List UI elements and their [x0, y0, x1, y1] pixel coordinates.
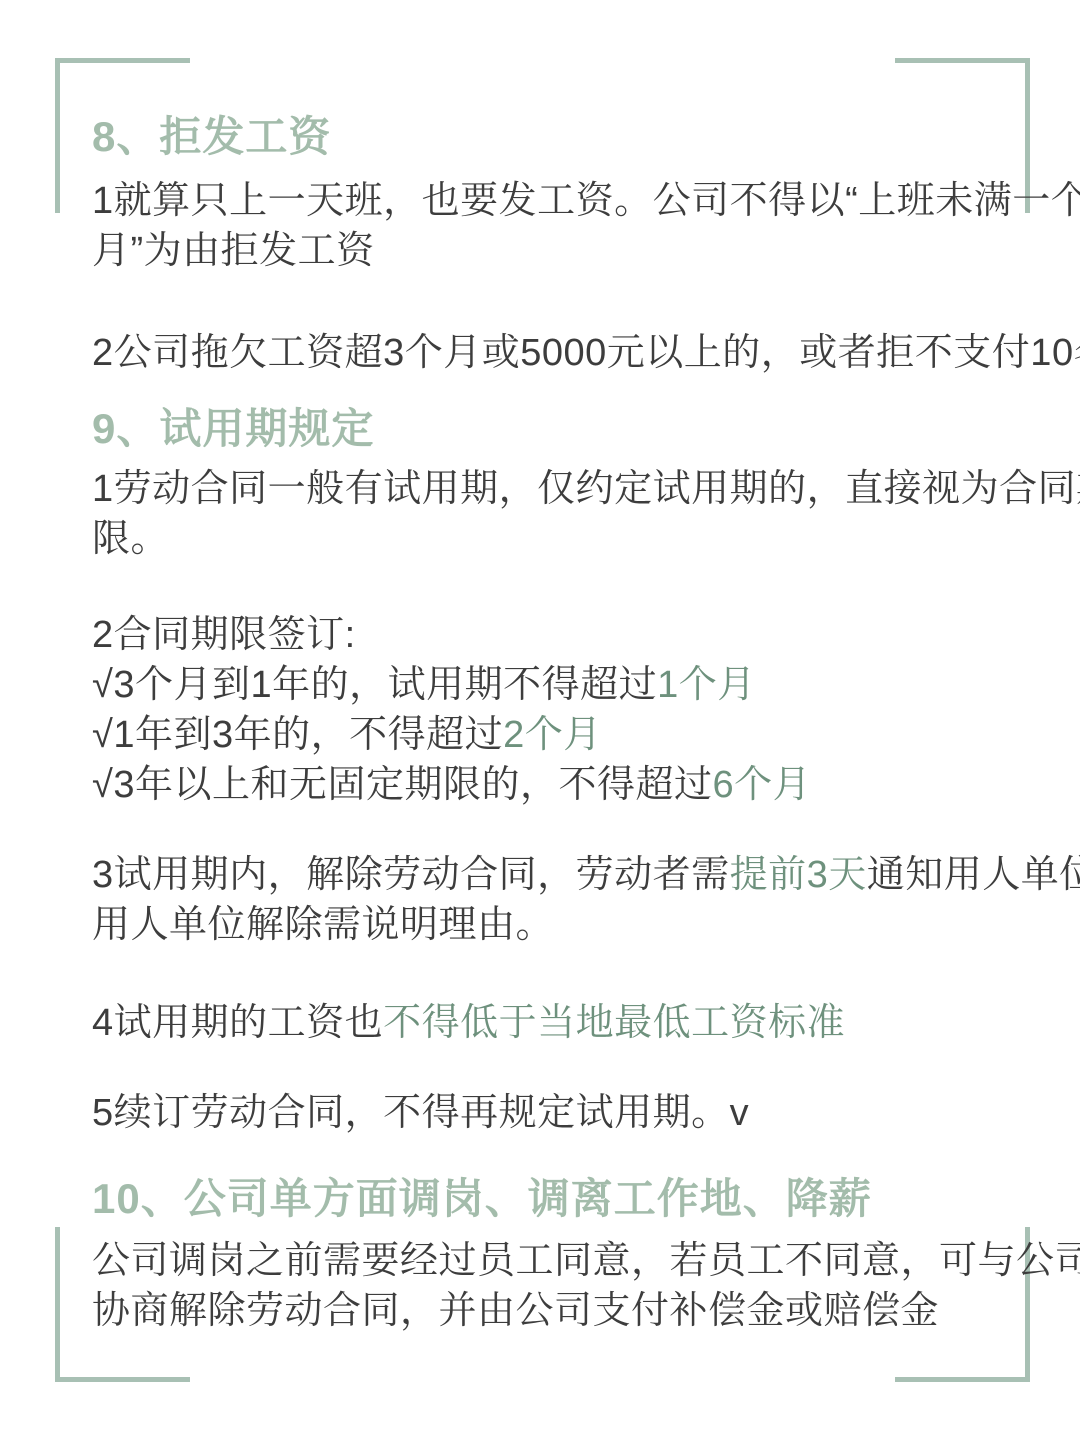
- highlight-run: 6个月: [713, 764, 812, 806]
- infographic-page: 8、拒发工资 1就算只上一天班，也要发工资。公司不得以“上班未满一个 月”为由拒…: [0, 0, 1080, 1440]
- text-run: 2合同期限签订:: [92, 614, 356, 656]
- paragraph-probation-general: 1劳动合同一般有试用期，仅约定试用期的，直接视为合同期 限。: [92, 464, 1008, 564]
- text-line: 5续订劳动合同，不得再规定试用期。v: [92, 1088, 1008, 1138]
- text-line: 4试用期的工资也不得低于当地最低工资标准: [92, 998, 1008, 1048]
- text-line: 2合同期限签订:: [92, 610, 1008, 660]
- text-line: 1劳动合同一般有试用期，仅约定试用期的，直接视为合同期: [92, 464, 1008, 514]
- section-heading-9: 9、试用期规定: [92, 404, 1008, 454]
- article-content: 8、拒发工资 1就算只上一天班，也要发工资。公司不得以“上班未满一个 月”为由拒…: [92, 112, 1008, 1336]
- checklist-item: √3年以上和无固定期限的，不得超过6个月: [92, 760, 1008, 810]
- text-line: 1就算只上一天班，也要发工资。公司不得以“上班未满一个: [92, 176, 1008, 226]
- text-run: √1年到3年的，不得超过: [92, 714, 503, 756]
- checklist-item: √1年到3年的，不得超过2个月: [92, 710, 1008, 760]
- paragraph-probation-termination: 3试用期内，解除劳动合同，劳动者需提前3天通知用人单位 用人单位解除需说明理由。: [92, 850, 1008, 950]
- section-heading-8: 8、拒发工资: [92, 112, 1008, 162]
- text-run: √3年以上和无固定期限的，不得超过: [92, 764, 713, 806]
- text-line: 2公司拖欠工资超3个月或5000元以上的，或者拒不支付10名: [92, 328, 1008, 378]
- text-run: 1劳动合同一般有试用期，仅约定试用期的，直接视为合同期: [92, 468, 1080, 510]
- paragraph-wage-arrears: 2公司拖欠工资超3个月或5000元以上的，或者拒不支付10名: [92, 328, 1008, 378]
- text-run: 协商解除劳动合同，并由公司支付补偿金或赔偿金: [92, 1290, 939, 1332]
- highlight-run: 2个月: [503, 714, 602, 756]
- checklist-item: √3个月到1年的，试用期不得超过1个月: [92, 660, 1008, 710]
- text-line: 3试用期内，解除劳动合同，劳动者需提前3天通知用人单位: [92, 850, 1008, 900]
- paragraph-contract-renewal: 5续订劳动合同，不得再规定试用期。v: [92, 1088, 1008, 1138]
- text-run: 2公司拖欠工资超3个月或5000元以上的，或者拒不支付10名: [92, 332, 1080, 374]
- text-run: 公司调岗之前需要经过员工同意，若员工不同意，可与公司: [92, 1240, 1080, 1282]
- text-run: √3个月到1年的，试用期不得超过: [92, 664, 657, 706]
- text-line: 用人单位解除需说明理由。: [92, 900, 1008, 950]
- text-run: 3试用期内，解除劳动合同，劳动者需: [92, 854, 730, 896]
- text-line: 限。: [92, 514, 1008, 564]
- text-run: 用人单位解除需说明理由。: [92, 904, 554, 946]
- text-line: 月”为由拒发工资: [92, 226, 1008, 276]
- text-run: 月”为由拒发工资: [92, 230, 375, 272]
- highlight-run: 提前3天: [730, 854, 867, 896]
- text-line: 公司调岗之前需要经过员工同意，若员工不同意，可与公司: [92, 1236, 1008, 1286]
- highlight-run: 1个月: [657, 664, 756, 706]
- highlight-run: 不得低于当地最低工资标准: [383, 1002, 845, 1044]
- checklist-contract-terms: 2合同期限签订: √3个月到1年的，试用期不得超过1个月 √1年到3年的，不得超…: [92, 610, 1008, 810]
- paragraph-wages-one-day: 1就算只上一天班，也要发工资。公司不得以“上班未满一个 月”为由拒发工资: [92, 176, 1008, 276]
- text-run: 4试用期的工资也: [92, 1002, 383, 1044]
- text-run: 1就算只上一天班，也要发工资。公司不得以“上班未满一个: [92, 180, 1080, 222]
- text-run: 限。: [92, 518, 169, 560]
- text-run: 通知用人单位: [867, 854, 1080, 896]
- text-line: 协商解除劳动合同，并由公司支付补偿金或赔偿金: [92, 1286, 1008, 1336]
- paragraph-transfer-consent: 公司调岗之前需要经过员工同意，若员工不同意，可与公司 协商解除劳动合同，并由公司…: [92, 1236, 1008, 1336]
- section-heading-10: 10、公司单方面调岗、调离工作地、降薪: [92, 1174, 1008, 1224]
- paragraph-probation-wage: 4试用期的工资也不得低于当地最低工资标准: [92, 998, 1008, 1048]
- text-run: 5续订劳动合同，不得再规定试用期。v: [92, 1092, 749, 1134]
